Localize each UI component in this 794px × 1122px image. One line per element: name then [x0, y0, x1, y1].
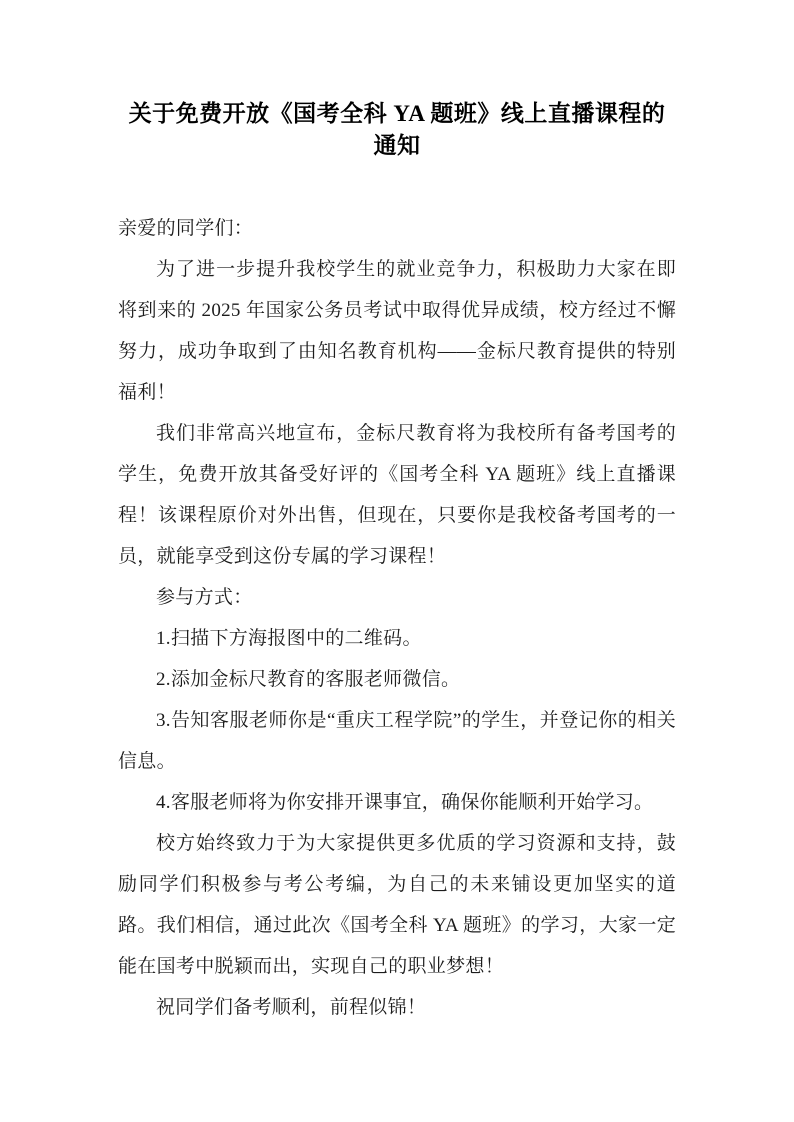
list-item-step-3: 3.告知客服老师你是“重庆工程学院”的学生，并登记你的相关信息。 [118, 700, 676, 782]
paragraph-salutation: 亲爱的同学们： [118, 208, 676, 249]
document-title: 关于免费开放《国考全科 YA 题班》线上直播课程的通知 [118, 98, 676, 162]
paragraph-intro: 为了进一步提升我校学生的就业竞争力，积极助力大家在即将到来的 2025 年国家公… [118, 249, 676, 413]
list-item-step-2: 2.添加金标尺教育的客服老师微信。 [118, 659, 676, 700]
paragraph-participation-heading: 参与方式： [118, 577, 676, 618]
list-item-step-1: 1.扫描下方海报图中的二维码。 [118, 618, 676, 659]
paragraph-closing: 校方始终致力于为大家提供更多优质的学习资源和支持，鼓励同学们积极参与考公考编，为… [118, 823, 676, 987]
document-page: 关于免费开放《国考全科 YA 题班》线上直播课程的通知 亲爱的同学们： 为了进一… [0, 0, 794, 1122]
paragraph-announcement: 我们非常高兴地宣布，金标尺教育将为我校所有备考国考的学生，免费开放其备受好评的《… [118, 413, 676, 577]
list-item-step-4: 4.客服老师将为你安排开课事宜，确保你能顺利开始学习。 [118, 782, 676, 823]
paragraph-wish: 祝同学们备考顺利，前程似锦！ [118, 987, 676, 1028]
